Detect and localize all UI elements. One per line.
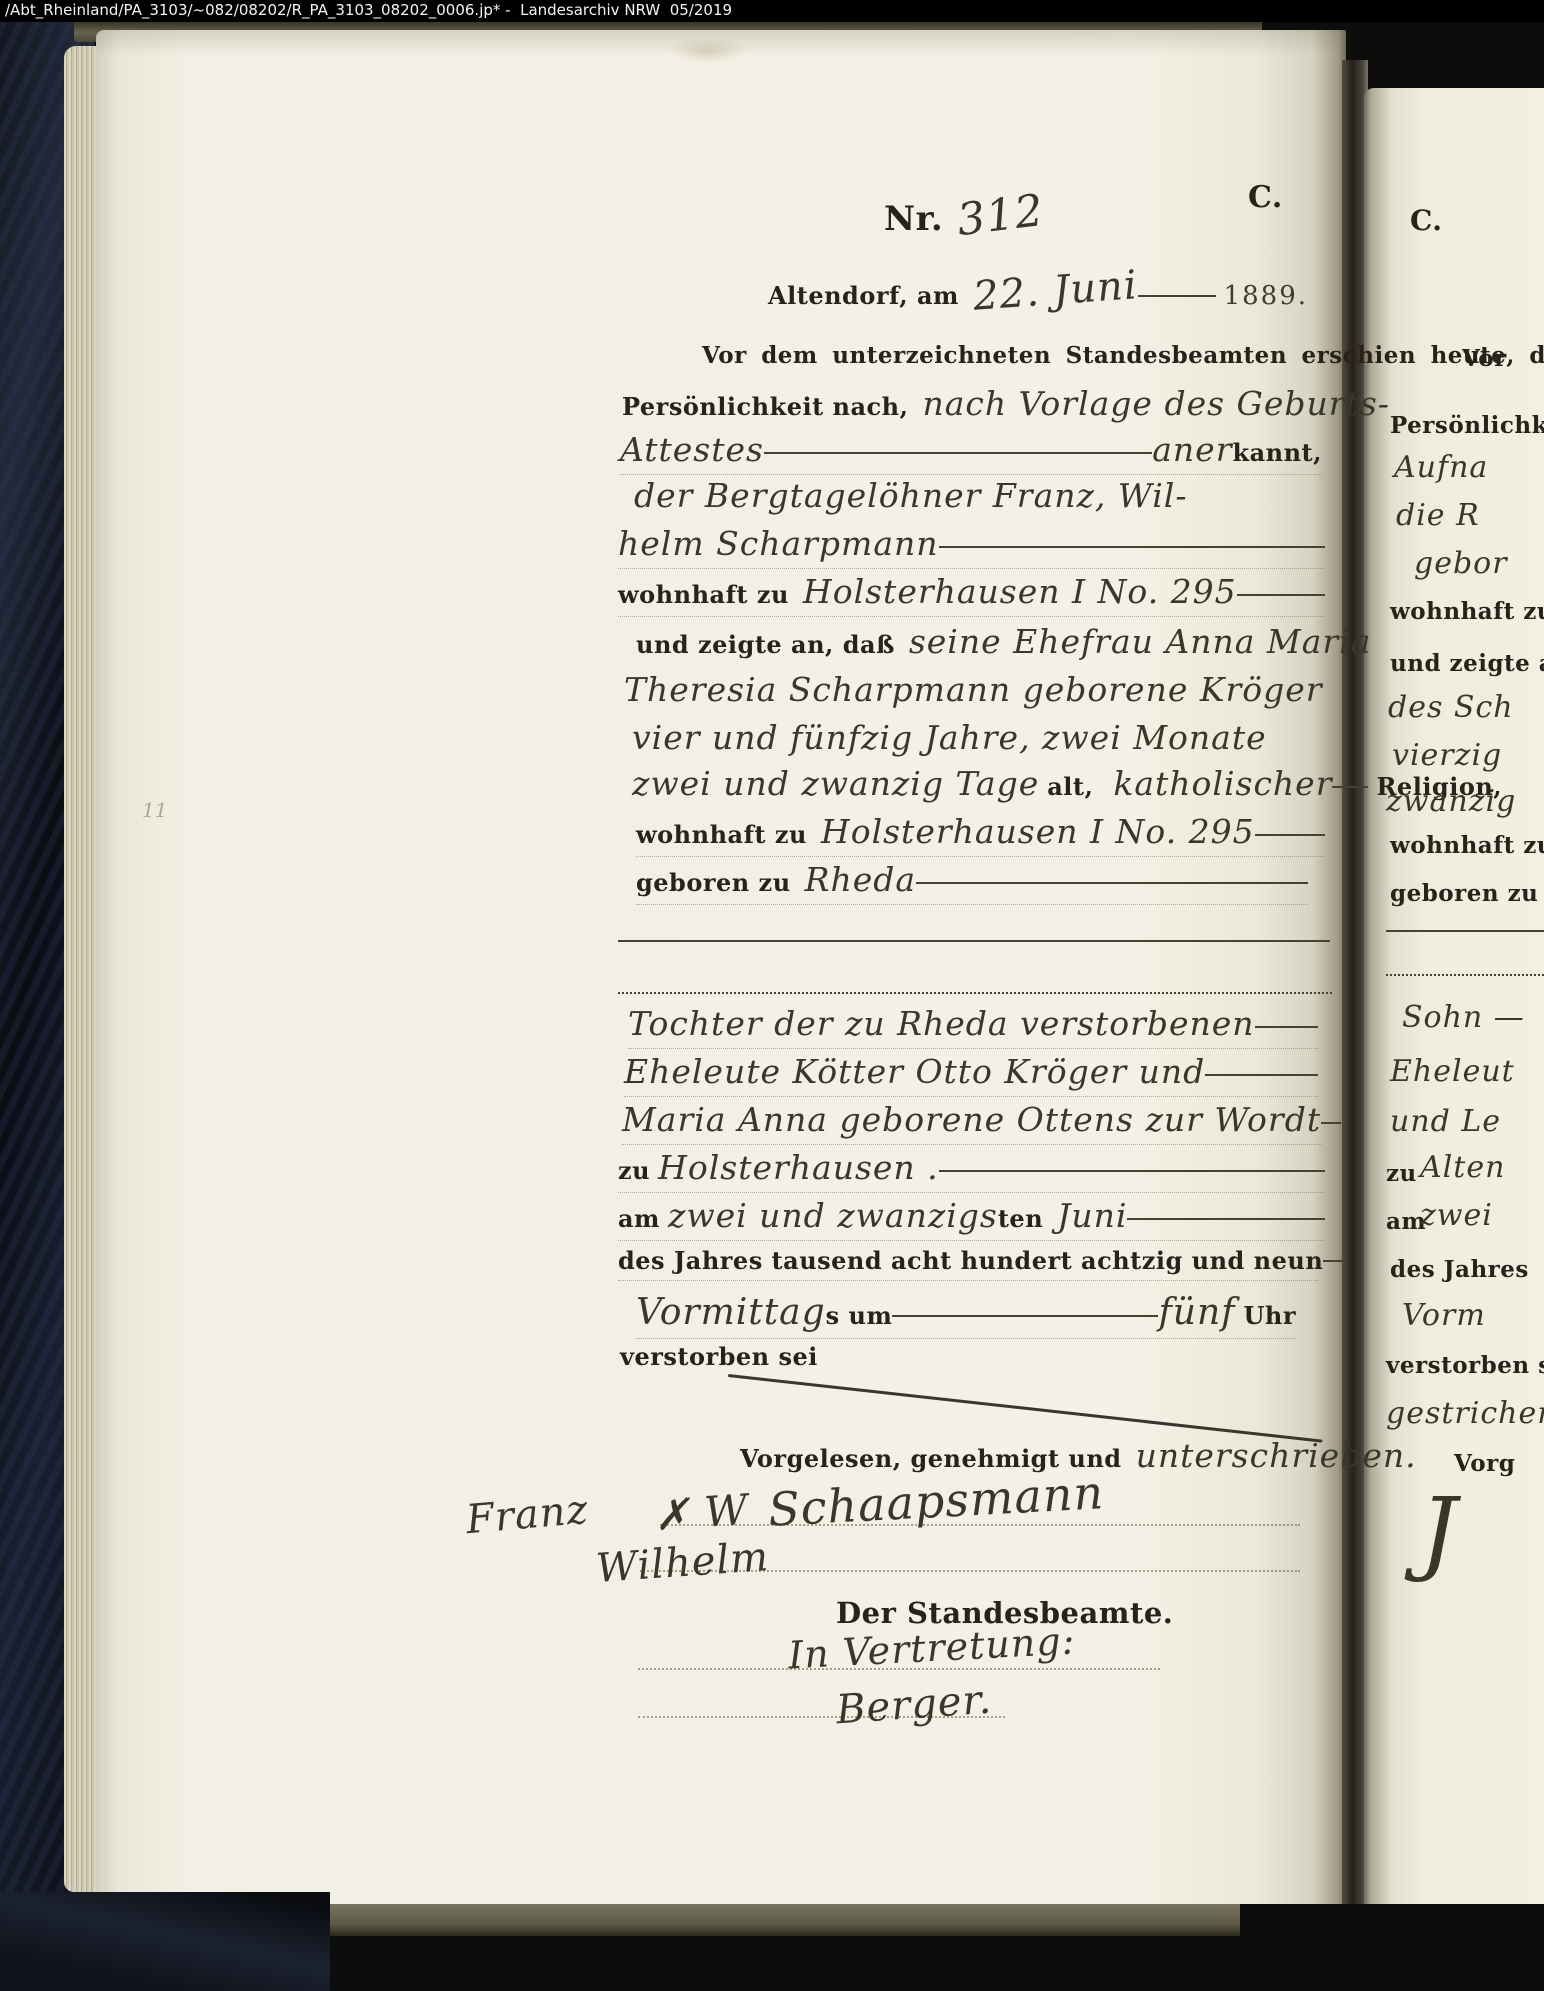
form-line-birthplace: geboren zu Rheda xyxy=(636,860,1308,899)
signature-first-name: Franz xyxy=(466,1492,589,1538)
form-line-residence-deceased: wohnhaft zu Holsterhausen I No. 295 xyxy=(636,812,1325,851)
right-section-rule-2 xyxy=(1386,974,1544,976)
record-number-label: Nr. xyxy=(884,199,943,239)
right-page-fragment: des Jahres xyxy=(1390,1256,1529,1283)
deputy-signature: Berger. xyxy=(836,1682,992,1728)
right-page-fragment: Aufna xyxy=(1394,450,1488,485)
right-page-fragment: Sohn — xyxy=(1402,1000,1525,1035)
section-letter-right: C. xyxy=(1410,204,1443,237)
right-page-fragment: Persönlichkeit xyxy=(1390,412,1544,439)
signature-surname: Schaapsmann xyxy=(768,1474,1104,1528)
form-line-residence-informant: wohnhaft zu Holsterhausen I No. 295 xyxy=(618,572,1325,611)
section-rule-1 xyxy=(618,940,1330,942)
deputy-note: In Vertretung: xyxy=(788,1626,1075,1670)
entry-deceased-age: vier und fünfzig Jahre, zwei Monate xyxy=(632,718,1267,757)
form-line-death-date: am zwei und zwanzigs ten Juni xyxy=(618,1196,1325,1235)
form-line-death-year: des Jahres tausend acht hundert achtzig … xyxy=(618,1246,1318,1275)
right-page-fragment: des Sch xyxy=(1388,690,1514,725)
right-page-fragment: zwei xyxy=(1420,1198,1493,1233)
form-line-verstorben: verstorben sei xyxy=(620,1342,818,1371)
right-page-fragment: zwanzig xyxy=(1386,784,1516,819)
right-page-fragment: und Le xyxy=(1390,1104,1501,1139)
page-stack-edge xyxy=(64,46,97,1892)
form-line-death-time: Vormittag s um fünf Uhr xyxy=(636,1292,1296,1333)
form-line-anzeige: und zeigte an, daß seine Ehefrau Anna Ma… xyxy=(636,622,1371,661)
dateline-date: 22. Juni xyxy=(973,268,1138,314)
book-edge-bottom xyxy=(292,1902,1240,1936)
signature-middle-name: Wilhelm xyxy=(596,1540,769,1586)
book-cover-corner xyxy=(0,1892,330,1991)
section-rule-2 xyxy=(618,992,1332,994)
entry-deceased-religion: zwei und zwanzig Tage alt, katholischer … xyxy=(632,764,1304,803)
entry-parents-1: Tochter der zu Rheda verstorbenen xyxy=(628,1004,1318,1043)
right-page-fragment: gebor xyxy=(1414,546,1508,581)
form-line-persoenlichkeit: Persönlichkeit nach, nach Vorlage des Ge… xyxy=(622,384,1390,423)
right-page-signature-flourish: J xyxy=(1420,1478,1458,1585)
form-line-erschien: Vor dem unterzeichneten Standesbeamten e… xyxy=(702,342,1544,369)
right-page-fragment: Vorg xyxy=(1454,1450,1515,1477)
signature-mark: ✗ W xyxy=(654,1488,749,1537)
right-page-fragment: die R xyxy=(1396,498,1480,533)
section-letter-left: C. xyxy=(1248,180,1283,215)
right-page-fragment: zu xyxy=(1386,1160,1417,1187)
scan-viewer: /Abt_Rheinland/PA_3103/~082/08202/R_PA_3… xyxy=(0,0,1544,1991)
right-page-fragment: verstorben se xyxy=(1386,1352,1544,1379)
dateline: Altendorf, am 22. Juni 1889. xyxy=(768,268,1308,314)
entry-parents-3: Maria Anna geborene Ottens zur Wordt xyxy=(622,1100,1322,1139)
right-page-fragment: geboren zu xyxy=(1390,880,1538,907)
right-page-fragment: Eheleut xyxy=(1390,1054,1515,1089)
right-page-fragment: wohnhaft zu xyxy=(1390,832,1544,859)
form-line-place-of-death: zu Holsterhausen . xyxy=(618,1148,1325,1187)
right-page-fragment: Vorm xyxy=(1402,1298,1486,1333)
right-page-fragment: und zeigte a xyxy=(1390,650,1544,677)
entry-informant-name: helm Scharpmann xyxy=(618,524,1325,563)
right-page-fragment: vierzig xyxy=(1392,738,1502,773)
right-page-fragment: wohnhaft zu xyxy=(1390,598,1544,625)
entry-informant-occupation: der Bergtagelöhner Franz, Wil- xyxy=(634,476,1187,515)
form-line-attest: Attestes aner kannt, xyxy=(620,430,1322,469)
record-number-value: 312 xyxy=(957,190,1044,241)
entry-deceased-name: Theresia Scharpmann geborene Kröger xyxy=(624,670,1323,709)
right-page-fragment: Alten xyxy=(1420,1150,1505,1185)
entry-parents-2: Eheleute Kötter Otto Kröger und xyxy=(624,1052,1318,1091)
right-page-fragment: gestrichen xyxy=(1386,1396,1544,1431)
right-page-fragment: Vor xyxy=(1462,345,1507,372)
dateline-year: 1889. xyxy=(1224,281,1308,311)
right-section-rule-1 xyxy=(1386,930,1544,932)
pencil-mark: 11 xyxy=(142,798,167,822)
window-title: /Abt_Rheinland/PA_3103/~082/08202/R_PA_3… xyxy=(0,0,1544,22)
dateline-fill-stroke xyxy=(1138,295,1216,297)
blank-fill-stroke xyxy=(764,452,1152,454)
record-number: Nr. 312 xyxy=(884,190,1044,241)
dateline-place: Altendorf, am xyxy=(768,281,959,310)
